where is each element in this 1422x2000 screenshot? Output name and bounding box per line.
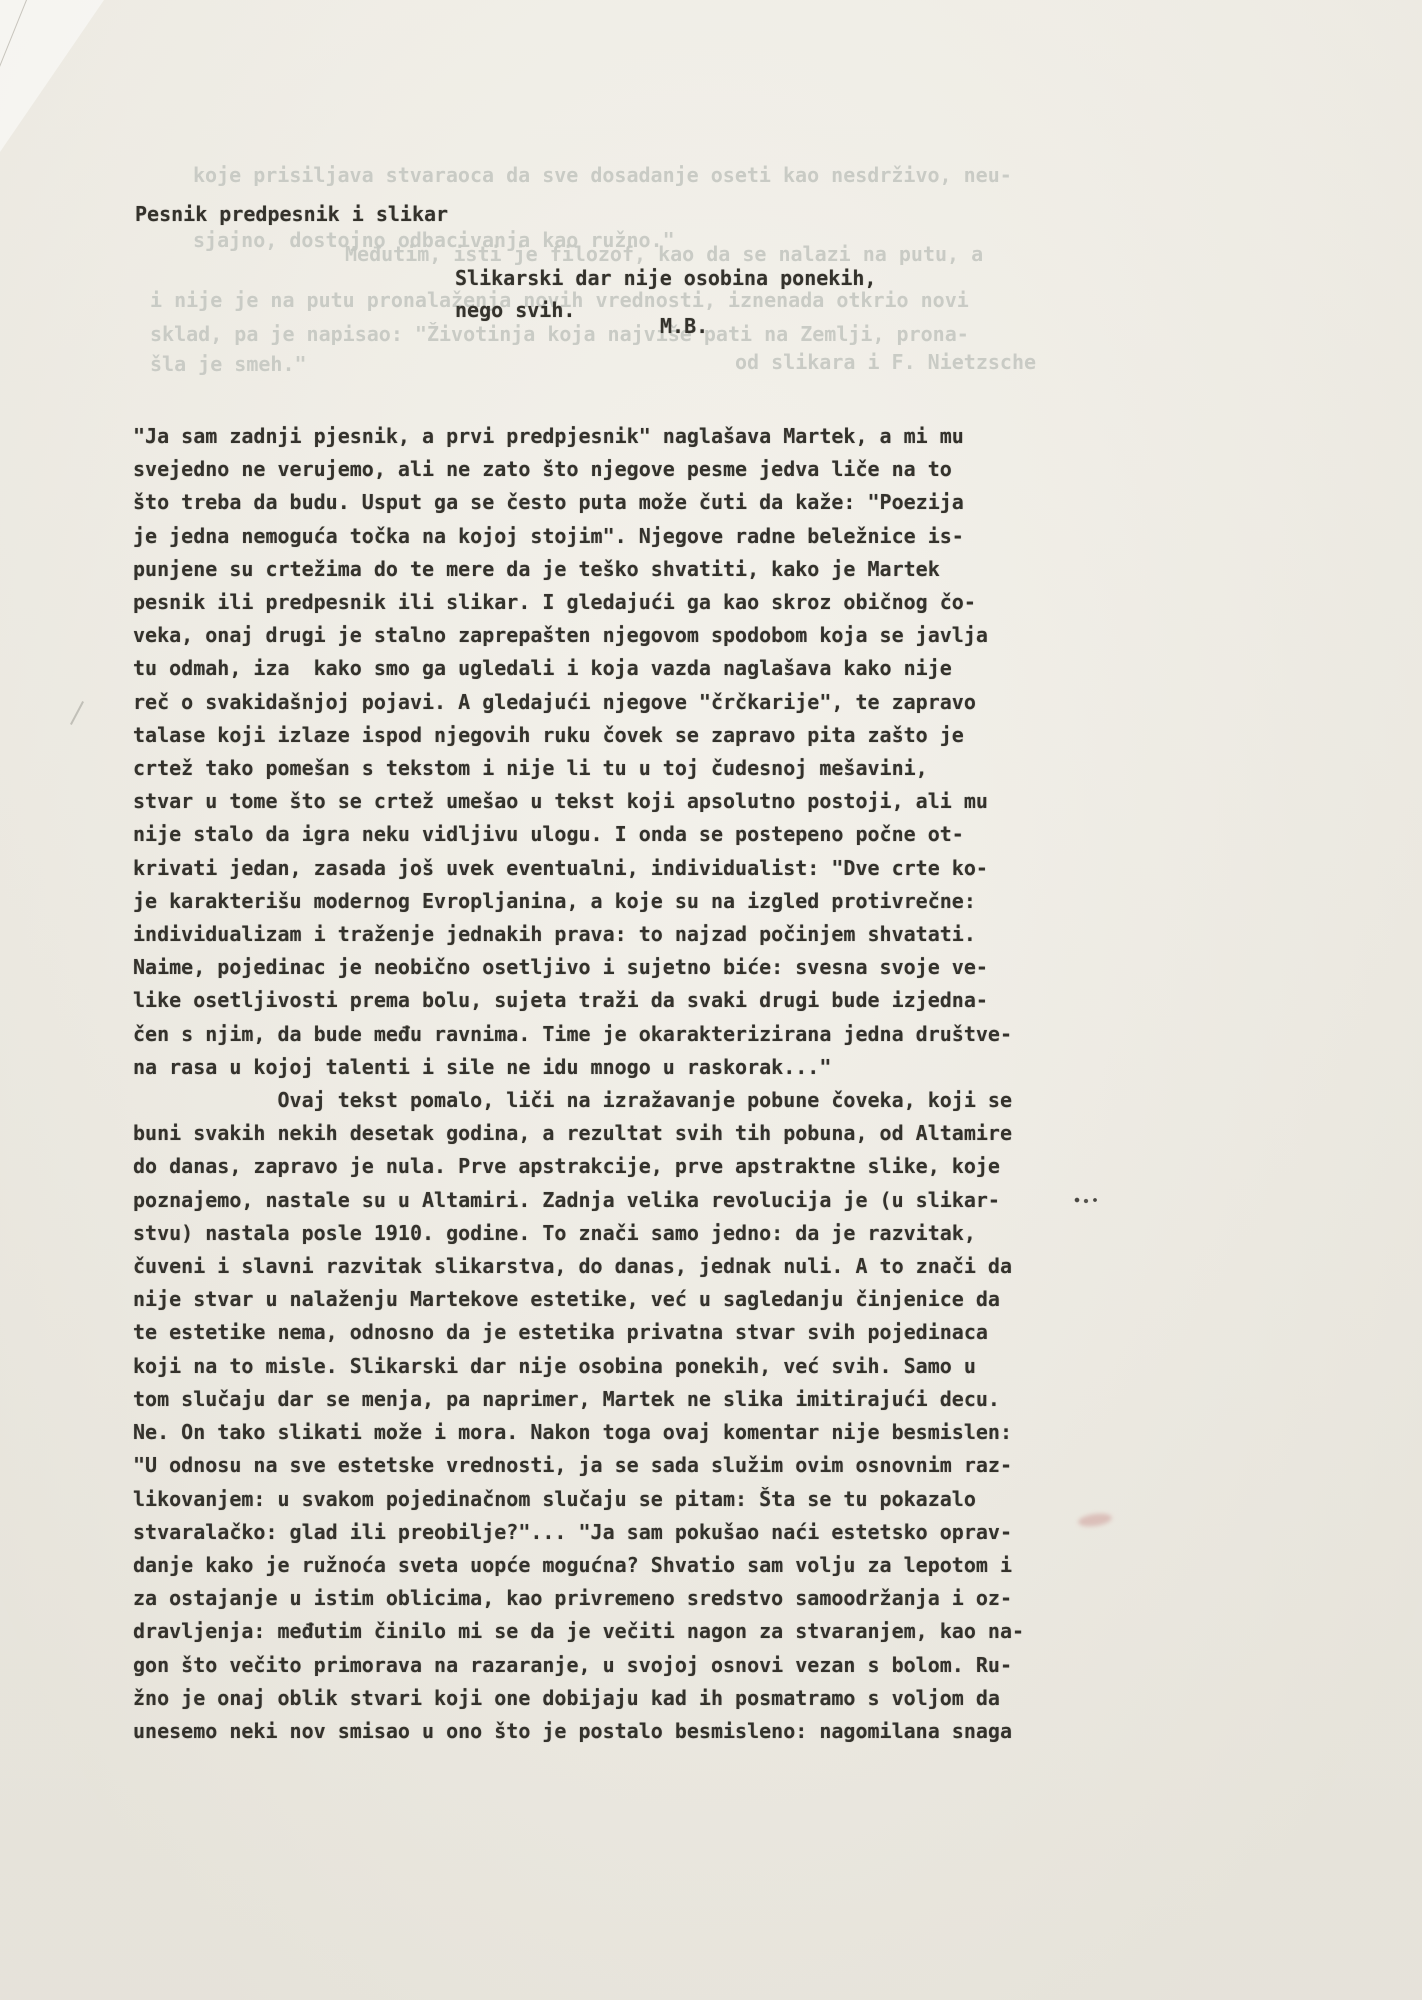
typewritten-page: koje prisiljava stvaraoca da sve dosadan… bbox=[0, 0, 1422, 2000]
ghost-line: koje prisiljava stvaraoca da sve dosadan… bbox=[193, 163, 1012, 187]
margin-pen-tick bbox=[70, 701, 84, 725]
ghost-line: od slikara i F. Nietzsche bbox=[735, 350, 1036, 374]
red-ink-smudge bbox=[1077, 1512, 1112, 1529]
ink-dots-smudge bbox=[1074, 1196, 1100, 1204]
epigraph-line-2: nego svih. bbox=[455, 298, 575, 322]
page-title: Pesnik predpesnik i slikar bbox=[135, 202, 448, 226]
epigraph-attribution: M.B. bbox=[660, 314, 708, 338]
ghost-line: Međutim, isti je filozof, kao da se nala… bbox=[345, 242, 983, 266]
ghost-line: sklad, pa je napisao: "Životinja koja na… bbox=[150, 322, 969, 346]
ghost-line: šla je smeh." bbox=[150, 352, 307, 376]
body-text: "Ja sam zadnji pjesnik, a prvi predpjesn… bbox=[133, 420, 1024, 1748]
epigraph-line-1: Slikarski dar nije osobina ponekih, bbox=[455, 266, 876, 290]
